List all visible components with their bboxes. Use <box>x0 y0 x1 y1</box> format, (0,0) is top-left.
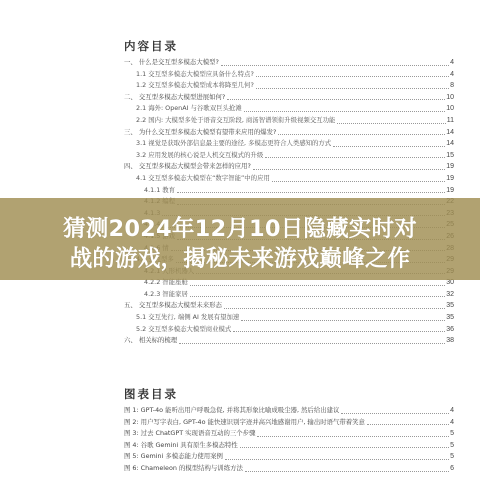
dot-leader <box>337 122 445 124</box>
toc-entry-label: 3.1 视觉是获取外部信息最主要的途径, 多模态更符合人类感知的方式 <box>136 138 331 150</box>
figure-entry-label: 图 2: 用户写字表白, GPT-4o 能快速识别字迹并高兴地感谢用户, 输出时… <box>124 417 365 429</box>
dot-leader <box>190 295 445 297</box>
toc-entry[interactable]: 一、 什么是交互型多模态大模型?4 <box>124 57 454 69</box>
dot-leader <box>256 87 449 89</box>
dot-leader <box>257 435 449 437</box>
dot-leader <box>272 180 445 182</box>
figure-entry[interactable]: 图 6: Chameleon 的模型结构与训练方法6 <box>124 463 454 475</box>
toc-entry-page: 36 <box>446 324 454 336</box>
dot-leader <box>244 110 446 112</box>
toc-entry-label: 2.2 国内: 大模型多处于语音交互阶段, 商汤智谱领衔升级视频交互功能 <box>136 115 335 127</box>
toc-entry[interactable]: 1.2 交互型多模态大模型成本将降至几何?8 <box>124 80 454 92</box>
dot-leader <box>179 342 445 344</box>
toc-entry[interactable]: 三、 为什么交互型多模态大模型有望带来应用的爆发?14 <box>124 127 454 139</box>
figure-entry-page: 4 <box>450 405 454 417</box>
toc-entry-page: 4 <box>450 57 454 69</box>
dot-leader <box>367 423 449 425</box>
toc-entry-page: 15 <box>446 150 454 162</box>
toc-entry-page: 19 <box>446 173 454 185</box>
dot-leader <box>245 470 449 472</box>
figure-entry[interactable]: 图 4: 谷歌 Gemini 具有原生多模态特性5 <box>124 440 454 452</box>
toc-entry[interactable]: 2.1 海外: OpenAI 与谷歌双巨头抢滩10 <box>124 103 454 115</box>
figure-entry[interactable]: 图 5: Gemini 多模态能力使用案例5 <box>124 451 454 463</box>
toc-entry[interactable]: 五、 交互型多模态大模型未来形态35 <box>124 300 454 312</box>
figure-entry[interactable]: 图 3: 过去 ChatGPT 实现语音互动的三个步骤5 <box>124 428 454 440</box>
toc-entry[interactable]: 4.2.3 智能家居32 <box>124 289 454 301</box>
dot-leader <box>233 330 445 332</box>
toc-entry-page: 32 <box>446 289 454 301</box>
toc-entry[interactable]: 5.1 交互先行, 端侧 AI 发展有望加速35 <box>124 312 454 324</box>
dot-leader <box>190 284 445 286</box>
toc-entry-label: 5.2 交互型多模态大模型商业模式 <box>136 324 231 336</box>
figure-entry-label: 图 4: 谷歌 Gemini 具有原生多模态特性 <box>124 440 238 452</box>
toc-entry-page: 11 <box>447 115 454 127</box>
toc-entry-label: 四、 交互型多模态大模型会带来怎样的应用? <box>124 161 251 173</box>
toc-entry-page: 14 <box>446 127 454 139</box>
figure-entry-page: 5 <box>450 440 454 452</box>
toc-entry-page: 19 <box>446 161 454 173</box>
figure-entry-page: 6 <box>450 463 454 475</box>
toc-entry[interactable]: 二、 交互型多模态大模型进展如何?10 <box>124 92 454 104</box>
toc-entry[interactable]: 3.1 视觉是获取外部信息最主要的途径, 多模态更符合人类感知的方式14 <box>124 138 454 150</box>
toc-entry-label: 三、 为什么交互型多模态大模型有望带来应用的爆发? <box>124 127 276 139</box>
dot-leader <box>227 98 445 100</box>
toc-entry-label: 4.2.3 智能家居 <box>144 289 188 301</box>
dot-leader <box>333 145 445 147</box>
dot-leader <box>241 319 445 321</box>
headline-line-2: 战的游戏，揭秘未来游戏巅峰之作 <box>0 244 480 274</box>
toc-entry[interactable]: 1.1 交互型多模态大模型应具备什么特点?4 <box>124 69 454 81</box>
toc-entry-page: 4 <box>450 69 454 81</box>
headline-text: 猜测2024年12月10日隐藏实时对 战的游戏，揭秘未来游戏巅峰之作 <box>0 214 480 274</box>
toc-entry-page: 14 <box>446 138 454 150</box>
toc-entry[interactable]: 4.1.1 教育19 <box>124 185 454 197</box>
dot-leader <box>256 75 449 77</box>
figure-entry-label: 图 5: Gemini 多模态能力使用案例 <box>124 451 223 463</box>
toc-entry[interactable]: 四、 交互型多模态大模型会带来怎样的应用?19 <box>124 161 454 173</box>
toc-entry-page: 10 <box>446 92 454 104</box>
figure-entry-label: 图 6: Chameleon 的模型结构与训练方法 <box>124 463 243 475</box>
toc-entry-page: 19 <box>446 185 454 197</box>
toc-entry-label: 1.1 交互型多模态大模型应具备什么特点? <box>136 69 254 81</box>
toc-entry-label: 一、 什么是交互型多模态大模型? <box>124 57 219 69</box>
figure-entry[interactable]: 图 1: GPT-4o 能听出用户呼吸急促, 并将其形象比喻成吸尘器, 然后给出… <box>124 405 454 417</box>
figure-entry-page: 5 <box>450 451 454 463</box>
toc-entry-label: 4.1 交互型多模态大模型在“数字智能”中的应用 <box>136 173 270 185</box>
dot-leader <box>177 191 445 193</box>
dot-leader <box>221 64 449 66</box>
toc-entry-page: 35 <box>446 312 454 324</box>
dot-leader <box>240 446 449 448</box>
figure-entry-label: 图 1: GPT-4o 能听出用户呼吸急促, 并将其形象比喻成吸尘器, 然后给出… <box>124 405 339 417</box>
figure-list: 图 1: GPT-4o 能听出用户呼吸急促, 并将其形象比喻成吸尘器, 然后给出… <box>124 405 454 475</box>
toc-entry-label: 3.2 应用发展的核心说是人机交互模式的升级 <box>136 150 263 162</box>
toc-entry-label: 六、 相关标的梳理 <box>124 335 177 347</box>
toc-entry-page: 10 <box>446 103 454 115</box>
dot-leader <box>341 412 449 414</box>
figure-entry-page: 4 <box>450 417 454 429</box>
toc-entry-label: 五、 交互型多模态大模型未来形态 <box>124 300 222 312</box>
figure-entry[interactable]: 图 2: 用户写字表白, GPT-4o 能快速识别字迹并高兴地感谢用户, 输出时… <box>124 417 454 429</box>
dot-leader <box>265 156 445 158</box>
toc-entry[interactable]: 3.2 应用发展的核心说是人机交互模式的升级15 <box>124 150 454 162</box>
toc-entry[interactable]: 4.1 交互型多模态大模型在“数字智能”中的应用19 <box>124 173 454 185</box>
toc-entry-label: 5.1 交互先行, 端侧 AI 发展有望加速 <box>136 312 239 324</box>
toc-entry-page: 38 <box>446 335 454 347</box>
toc-entry[interactable]: 六、 相关标的梳理38 <box>124 335 454 347</box>
figure-entry-page: 5 <box>450 428 454 440</box>
toc-entry[interactable]: 5.2 交互型多模态大模型商业模式36 <box>124 324 454 336</box>
dot-leader <box>224 307 445 309</box>
toc-entry-page: 8 <box>450 80 454 92</box>
figure-entry-label: 图 3: 过去 ChatGPT 实现语音互动的三个步骤 <box>124 428 255 440</box>
dot-leader <box>253 168 445 170</box>
toc-entry-label: 二、 交互型多模态大模型进展如何? <box>124 92 225 104</box>
toc-entry-label: 4.1.1 教育 <box>144 185 175 197</box>
figure-list-title: 图表目录 <box>124 386 178 402</box>
toc-entry-label: 1.2 交互型多模态大模型成本将降至几何? <box>136 80 254 92</box>
dot-leader <box>278 133 445 135</box>
toc-title: 内容目录 <box>124 38 178 54</box>
toc-entry-label: 2.1 海外: OpenAI 与谷歌双巨头抢滩 <box>136 103 242 115</box>
toc-entry[interactable]: 2.2 国内: 大模型多处于语音交互阶段, 商汤智谱领衔升级视频交互功能11 <box>124 115 454 127</box>
toc-entry-page: 35 <box>446 300 454 312</box>
headline-line-1: 猜测2024年12月10日隐藏实时对 <box>0 214 480 244</box>
dot-leader <box>225 458 449 460</box>
